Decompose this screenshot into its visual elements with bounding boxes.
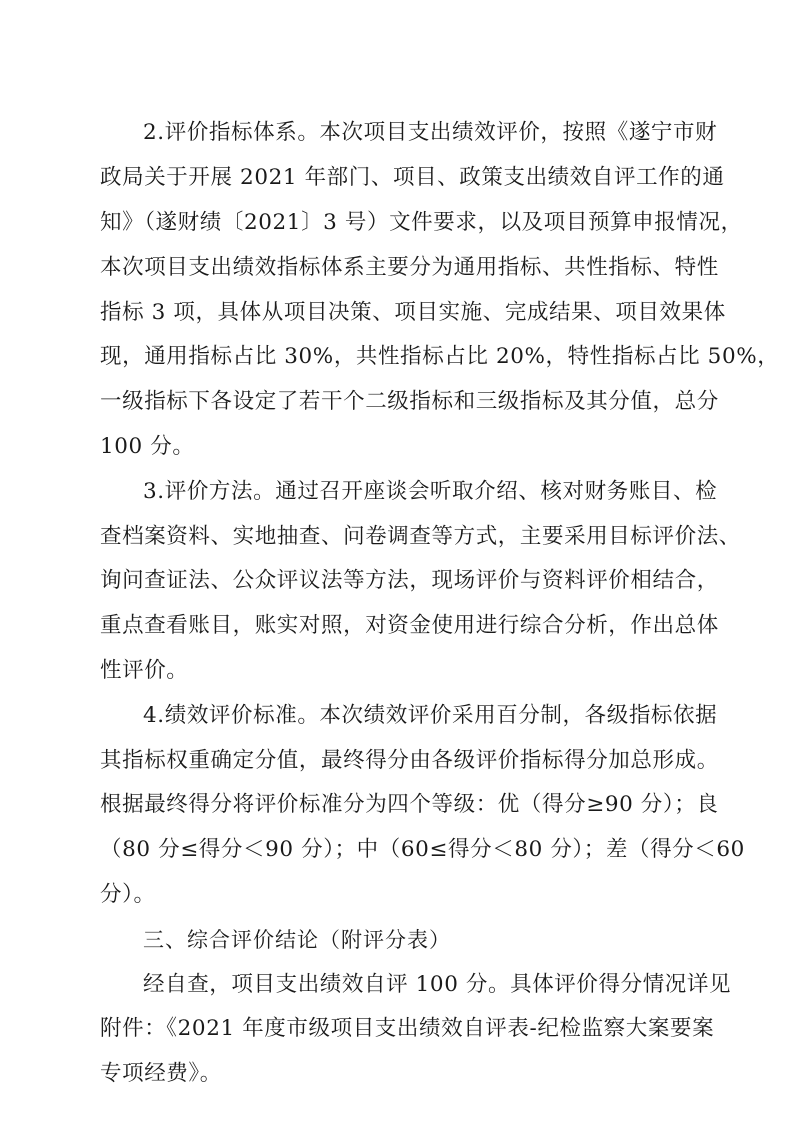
text-line: 分）。: [100, 880, 700, 910]
text-line: 100 分。: [100, 432, 700, 462]
text-line: 附件：《2021 年度市级项目支出绩效自评表-纪检监察大案要案: [100, 1014, 700, 1044]
section-heading-comprehensive-conclusion: 三、综合评价结论（附评分表）: [143, 925, 451, 955]
text-line: 现，通用指标占比 30%，共性指标占比 20%，特性指标占比 50%，: [100, 342, 700, 372]
text-line: 指标 3 项，具体从项目决策、项目实施、完成结果、项目效果体: [100, 298, 700, 328]
text-line: （80 分≤得分＜90 分）；中（60≤得分＜80 分）；差（得分＜60: [100, 835, 700, 865]
text-line: 本次项目支出绩效指标体系主要分为通用指标、共性指标、特性: [100, 253, 700, 283]
text-line: 政局关于开展 2021 年部门、项目、政策支出绩效自评工作的通: [100, 163, 700, 193]
text-line: 重点查看账目，账实对照，对资金使用进行综合分析，作出总体: [100, 611, 700, 641]
text-line: 2.评价指标体系。本次项目支出绩效评价，按照《遂宁市财: [143, 118, 700, 148]
text-line: 专项经费》。: [100, 1059, 700, 1089]
text-line: 性评价。: [100, 656, 700, 686]
text-line: 4.绩效评价标准。本次绩效评价采用百分制，各级指标依据: [143, 701, 700, 731]
text-line: 询问查证法、公众评议法等方法，现场评价与资料评价相结合，: [100, 566, 700, 596]
text-line: 一级指标下各设定了若干个二级指标和三级指标及其分值，总分: [100, 387, 700, 417]
text-line: 查档案资料、实地抽查、问卷调查等方式，主要采用目标评价法、: [100, 522, 700, 552]
text-line: 其指标权重确定分值，最终得分由各级评价指标得分加总形成。: [100, 746, 700, 776]
text-line: 根据最终得分将评价标准分为四个等级：优（得分≥90 分）；良: [100, 790, 700, 820]
text-line: 经自查，项目支出绩效自评 100 分。具体评价得分情况详见: [143, 970, 700, 1000]
text-line: 3.评价方法。通过召开座谈会听取介绍、核对财务账目、检: [143, 477, 700, 507]
text-line: 知》（遂财绩〔2021〕3 号）文件要求，以及项目预算申报情况，: [100, 208, 700, 238]
document-page: 2.评价指标体系。本次项目支出绩效评价，按照《遂宁市财 政局关于开展 2021 …: [0, 0, 793, 1122]
